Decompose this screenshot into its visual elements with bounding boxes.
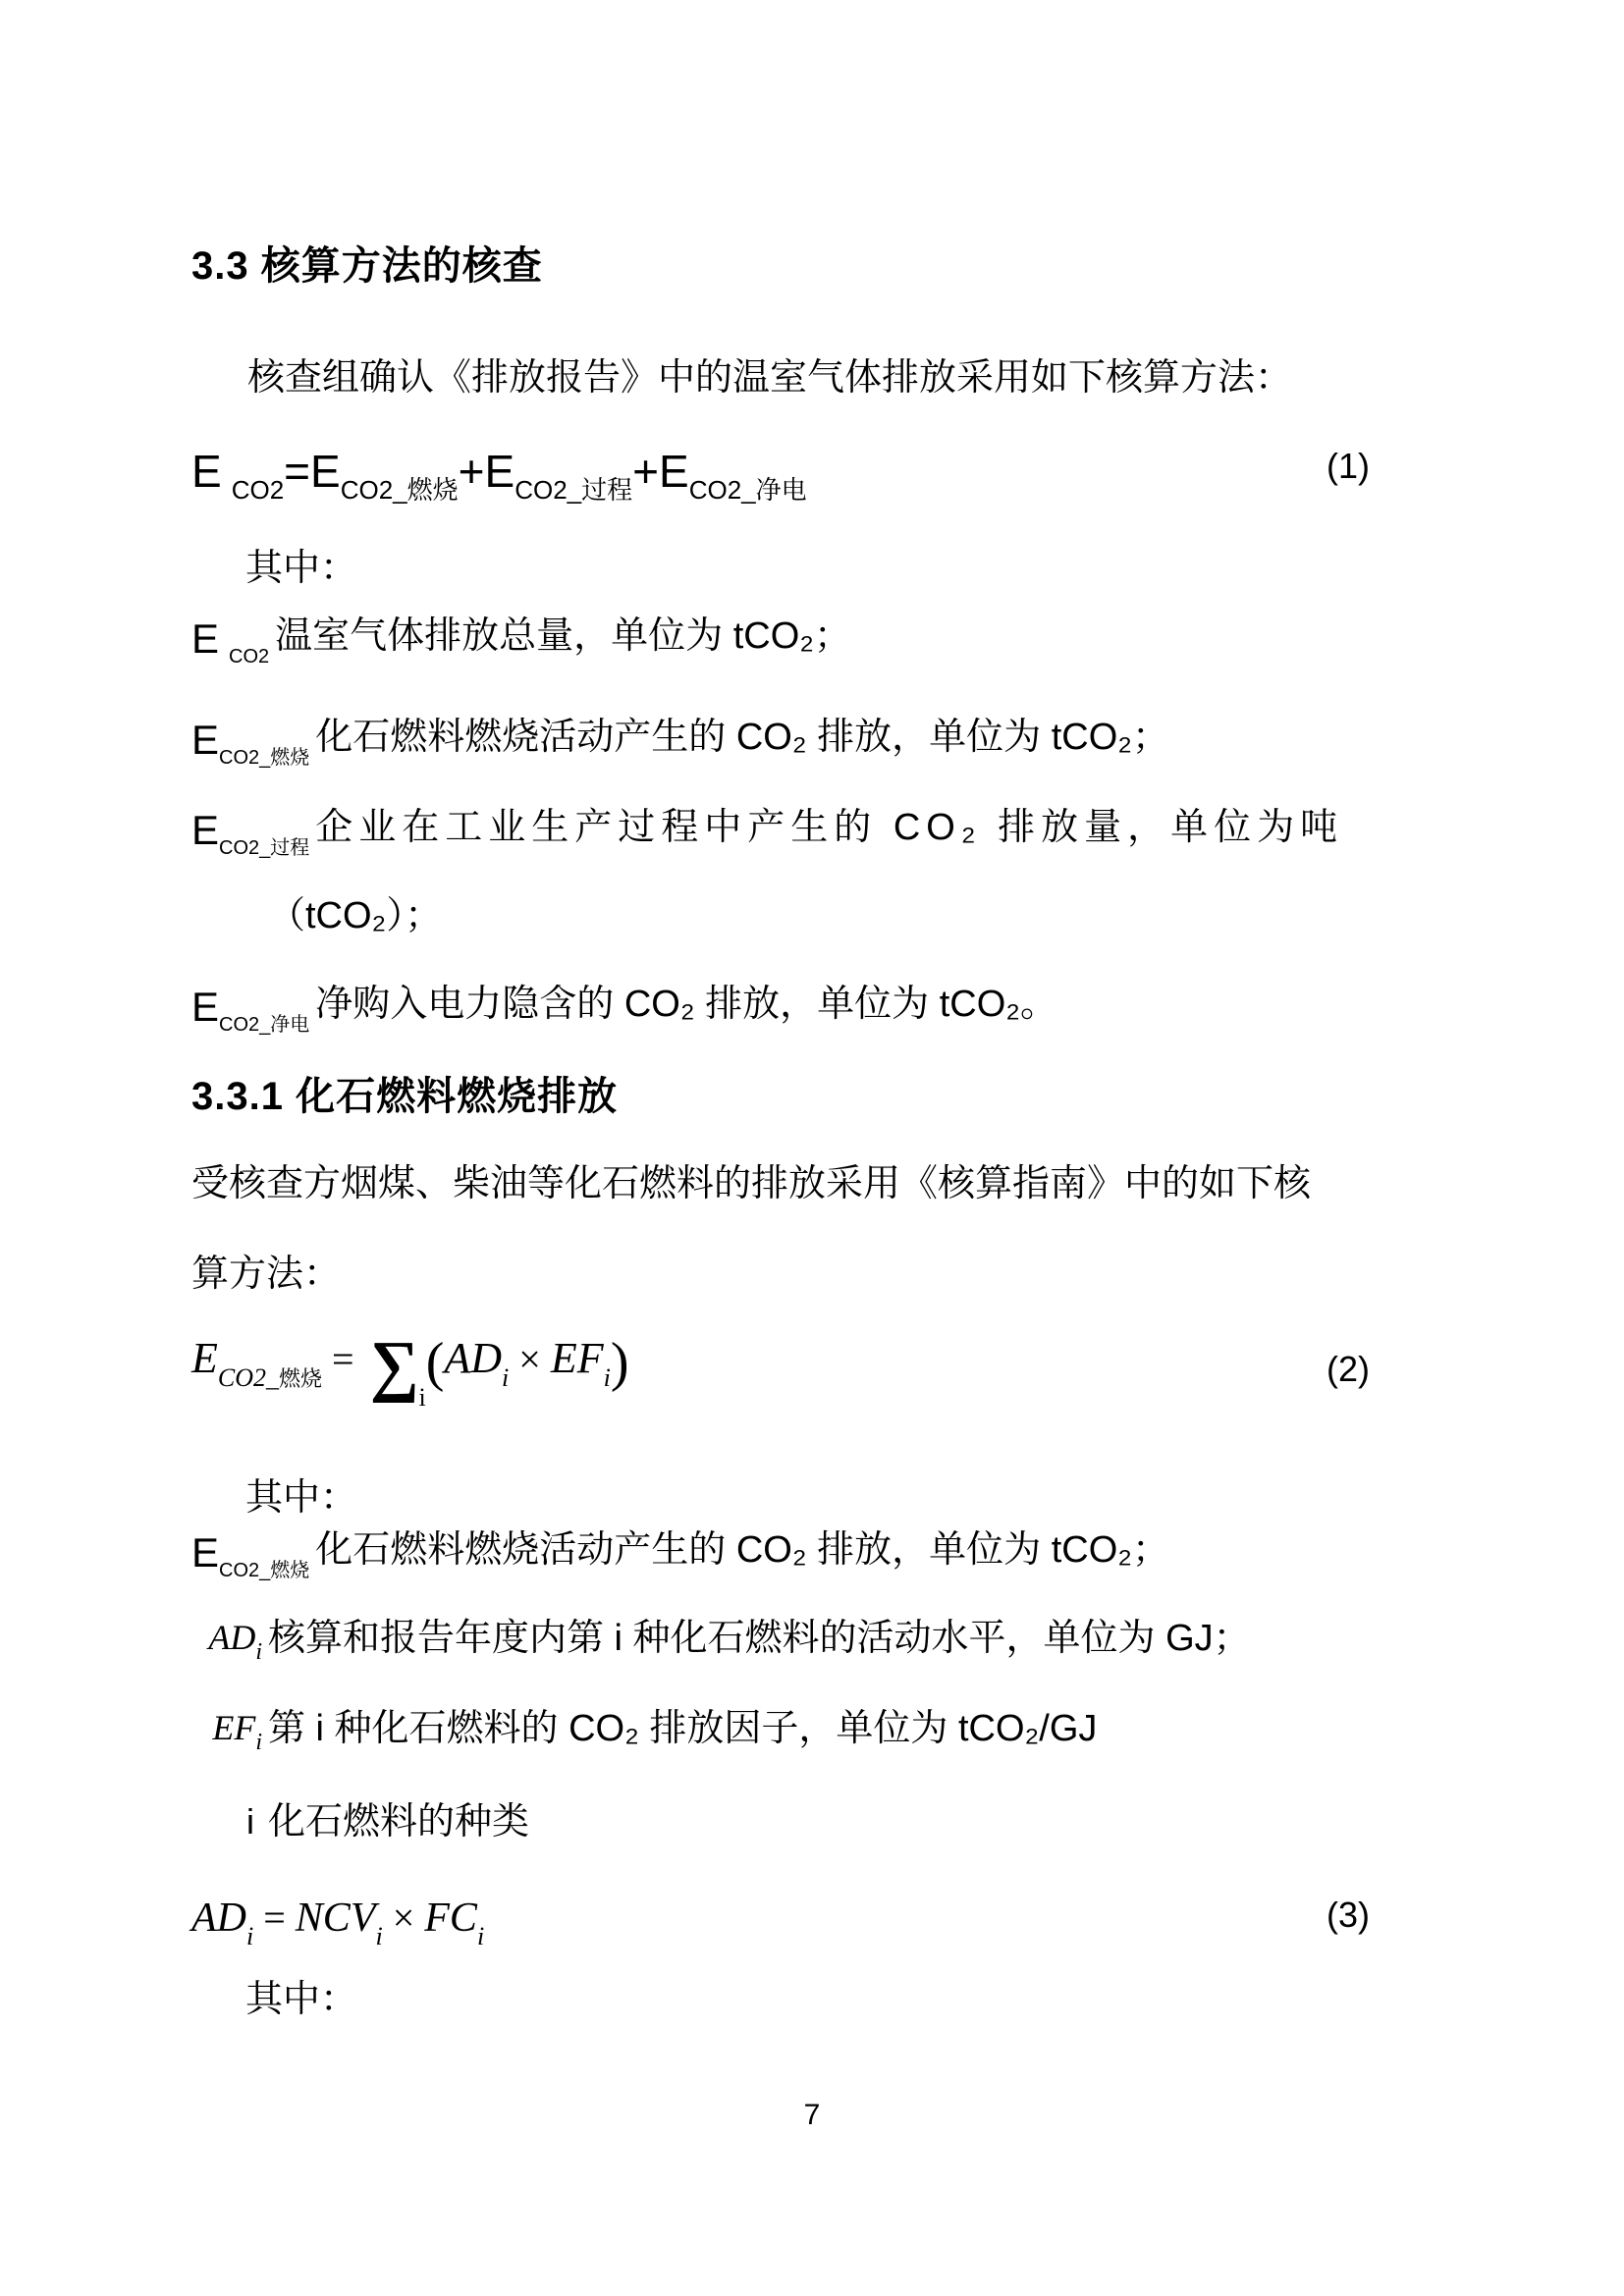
formula-subscript: CO2	[232, 475, 284, 505]
formula-term: AD	[444, 1334, 502, 1382]
formula-subscript: CO2_过程	[514, 475, 632, 505]
term-subscript: i	[255, 1730, 262, 1755]
formula-subscript: i	[246, 1922, 253, 1950]
formula-term: AD	[191, 1896, 246, 1941]
definition-term: EFi	[191, 1706, 262, 1757]
equals-sign: =	[332, 1337, 354, 1381]
definition-term: ECO2_燃烧	[191, 1527, 309, 1583]
formula-subscript: 燃烧	[279, 1366, 322, 1391]
equation-number-1: (1)	[1326, 444, 1370, 488]
equation-number-2: (2)	[1326, 1347, 1370, 1391]
multiplication-sign: ×	[393, 1896, 415, 1940]
formula-3: ADi=NCVi×FCi (3)	[191, 1893, 1370, 1953]
definition-row: ECO2_过程 企业在工业生产过程中产生的 CO₂ 排放量，单位为吨	[191, 805, 1370, 861]
formula-subscript: CO2_净电	[689, 475, 807, 505]
term-subscript: i	[255, 1639, 262, 1665]
definition-description: 化石燃料的种类	[268, 1799, 529, 1846]
formula-term: NCV	[296, 1896, 376, 1941]
formula-subscript: i	[502, 1363, 509, 1392]
term-base: E	[191, 807, 219, 853]
paragraph-line-1: 受核查方烟煤、柴油等化石燃料的排放采用《核算指南》中的如下核	[191, 1161, 1370, 1208]
definition-term: ECO2_净电	[191, 982, 309, 1038]
multiplication-sign: ×	[518, 1337, 541, 1381]
definition-term: ECO2	[191, 614, 269, 669]
formula-term: E	[485, 446, 515, 497]
definition-row: ECO2_燃烧 化石燃料燃烧活动产生的 CO₂ 排放，单位为 tCO₂；	[191, 1527, 1370, 1583]
where-label: 其中：	[245, 1475, 1370, 1522]
where-label: 其中：	[245, 546, 1370, 593]
definition-description-continued: （tCO₂）；	[268, 893, 1370, 940]
formula-1-expression: ECO2=ECO2_燃烧+ECO2_过程+ECO2_净电	[191, 444, 807, 507]
formula-term: E	[191, 1334, 218, 1382]
definition-description: 企业在工业生产过程中产生的 CO₂ 排放量，单位为吨	[315, 805, 1343, 852]
definition-description: 核算和报告年度内第 i 种化石燃料的活动水平，单位为 GJ；	[268, 1616, 1251, 1663]
where-label: 其中：	[245, 1977, 1370, 2024]
formula-1: ECO2=ECO2_燃烧+ECO2_过程+ECO2_净电 (1)	[191, 444, 1370, 507]
definition-row: ECO2_燃烧 化石燃料燃烧活动产生的 CO₂ 排放，单位为 tCO₂；	[191, 715, 1370, 771]
term-base: E	[191, 615, 219, 662]
definition-row: i 化石燃料的种类	[191, 1799, 1370, 1846]
summation-sign: ∑	[370, 1328, 419, 1404]
definition-description: 化石燃料燃烧活动产生的 CO₂ 排放，单位为 tCO₂；	[315, 715, 1169, 762]
term-base: AD	[208, 1618, 255, 1657]
definition-row: ADi 核算和报告年度内第 i 种化石燃料的活动水平，单位为 GJ；	[191, 1616, 1370, 1667]
formula-3-expression: ADi=NCVi×FCi	[191, 1893, 484, 1953]
formula-subscript: i	[375, 1922, 382, 1950]
definition-term: ECO2_过程	[191, 805, 309, 861]
formula-subscript: i	[604, 1363, 611, 1392]
term-subscript: CO2_燃烧	[219, 747, 309, 769]
formula-term: FC	[424, 1896, 477, 1941]
open-paren: (	[426, 1332, 445, 1393]
term-subscript: CO2_过程	[219, 837, 309, 859]
formula-term: EF	[551, 1334, 604, 1382]
summation-index: i	[419, 1383, 426, 1412]
definition-description: 第 i 种化石燃料的 CO₂ 排放因子，单位为 tCO₂/GJ	[268, 1706, 1097, 1753]
definition-description: 温室气体排放总量，单位为 tCO₂；	[275, 614, 851, 661]
plus-sign: +	[632, 446, 659, 497]
paragraph-line-2: 算方法：	[191, 1252, 1370, 1299]
term-subscript: CO2	[229, 646, 269, 667]
section-heading-3-3-1: 3.3.1 化石燃料燃烧排放	[191, 1072, 1370, 1121]
formula-subscript: i	[477, 1922, 484, 1950]
term-subscript: CO2_燃烧	[219, 1560, 309, 1581]
formula-term: E	[191, 446, 222, 497]
formula-subscript: CO2_	[218, 1363, 279, 1392]
plus-sign: +	[459, 446, 485, 497]
term-base: EF	[212, 1708, 255, 1747]
formula-term: E	[659, 446, 689, 497]
equals-sign: =	[263, 1896, 286, 1940]
formula-term: E	[310, 446, 341, 497]
formula-2-expression: ECO2_燃烧=∑i(ADi×EFi)	[191, 1323, 629, 1415]
definition-row: EFi 第 i 种化石燃料的 CO₂ 排放因子，单位为 tCO₂/GJ	[191, 1706, 1370, 1757]
formula-2: ECO2_燃烧=∑i(ADi×EFi) (2)	[191, 1323, 1370, 1415]
section-heading-3-3: 3.3 核算方法的核查	[191, 241, 1370, 291]
term-subscript: CO2_净电	[219, 1014, 309, 1036]
definition-row: ECO2_净电 净购入电力隐含的 CO₂ 排放，单位为 tCO₂。	[191, 982, 1370, 1038]
definition-description: 化石燃料燃烧活动产生的 CO₂ 排放，单位为 tCO₂；	[315, 1527, 1169, 1575]
definition-term: ECO2_燃烧	[191, 715, 309, 771]
page-number: 7	[0, 2099, 1624, 2132]
definition-term: i	[191, 1799, 254, 1843]
definition-description: 净购入电力隐含的 CO₂ 排放，单位为 tCO₂。	[315, 982, 1057, 1029]
term-base: E	[191, 717, 219, 763]
equals-sign: =	[284, 446, 310, 497]
definition-row: ECO2 温室气体排放总量，单位为 tCO₂；	[191, 614, 1370, 669]
formula-subscript: CO2_燃烧	[341, 475, 459, 505]
equation-number-3: (3)	[1326, 1893, 1370, 1937]
term-base: E	[191, 984, 219, 1030]
term-base: E	[191, 1529, 219, 1575]
intro-paragraph: 核查组确认《排放报告》中的温室气体排放采用如下核算方法：	[191, 355, 1370, 402]
definition-term: ADi	[191, 1616, 262, 1667]
close-paren: )	[611, 1332, 629, 1393]
document-page: 3.3 核算方法的核查 核查组确认《排放报告》中的温室气体排放采用如下核算方法：…	[0, 0, 1624, 2296]
